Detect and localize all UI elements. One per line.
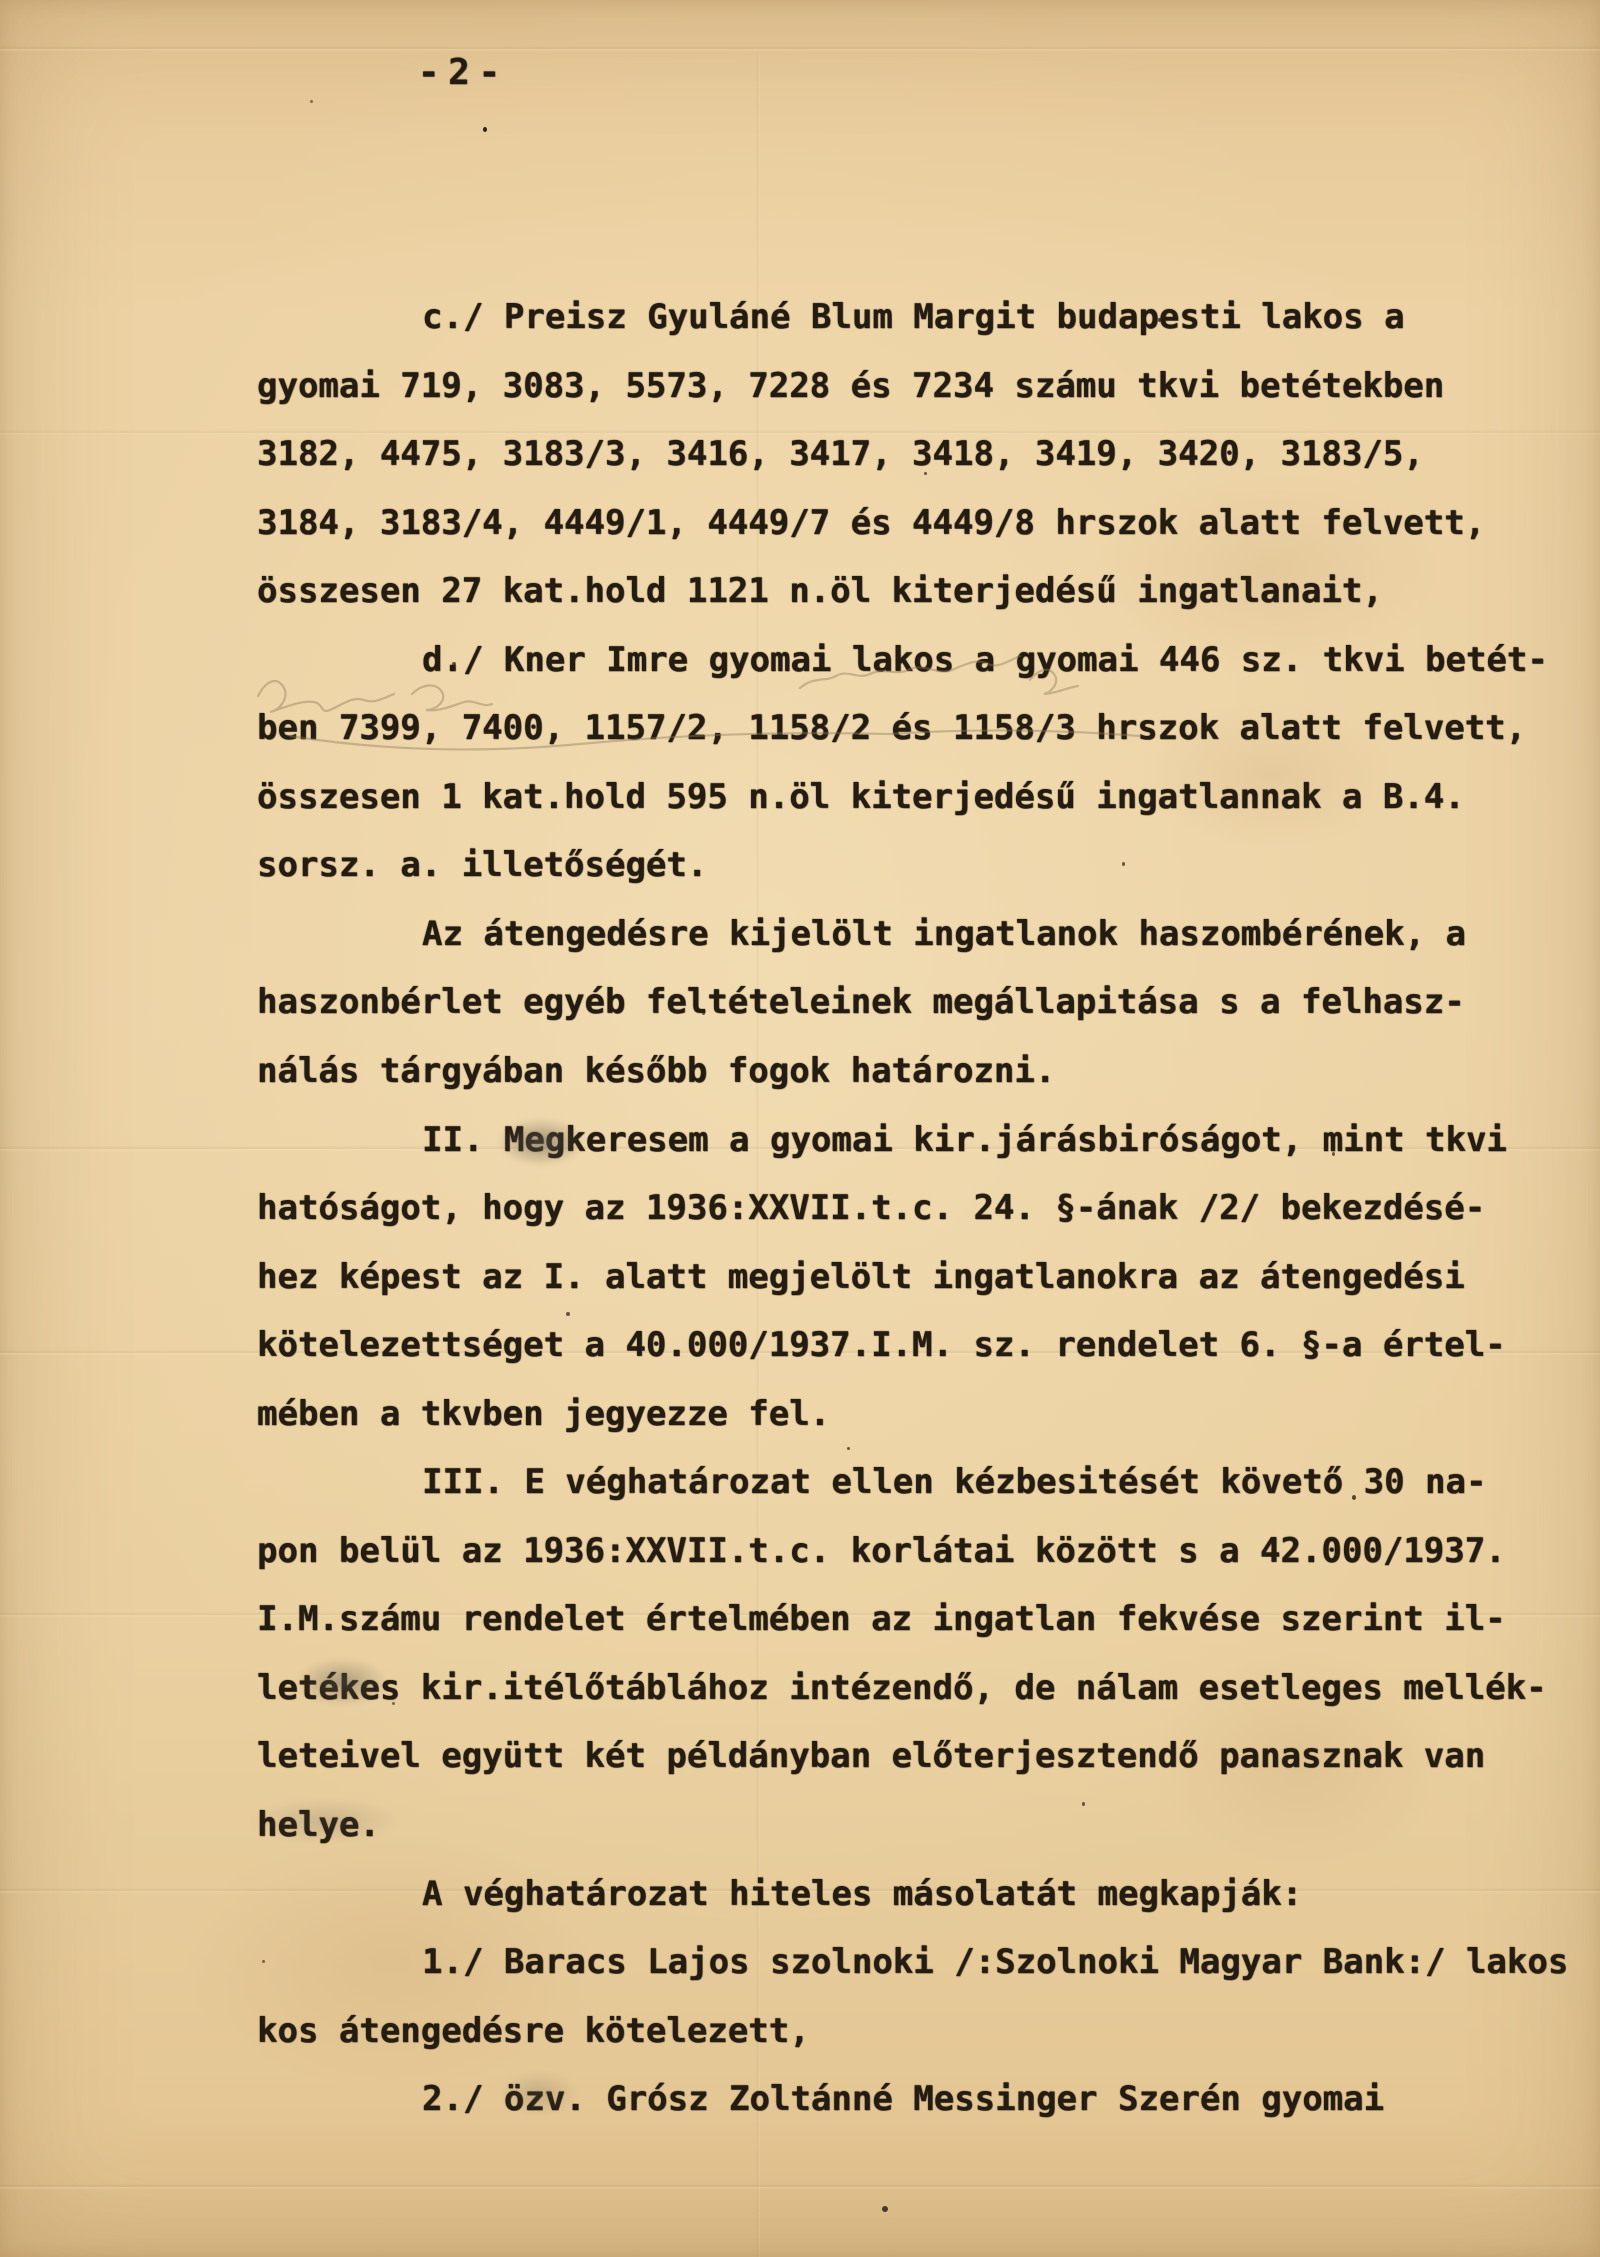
text-line: 1./ Baracs Lajos szolnoki /:Szolnoki Mag… bbox=[257, 1941, 1577, 2010]
text-line: ben 7399, 7400, 1157/2, 1158/2 és 1158/3… bbox=[257, 707, 1577, 776]
paper-crease bbox=[0, 2184, 1600, 2189]
text-line: 3182, 4475, 3183/3, 3416, 3417, 3418, 34… bbox=[257, 433, 1577, 502]
paper-crease bbox=[0, 46, 1600, 51]
ink-speck bbox=[483, 127, 487, 132]
text-line: kos átengedésre kötelezett, bbox=[257, 2010, 1577, 2079]
scanned-document-page: - 2 - c./ Preisz Gyuláné Blum Margit bud… bbox=[0, 0, 1600, 2257]
text-line: pon belül az 1936:XXVII.t.c. korlátai kö… bbox=[257, 1530, 1577, 1599]
text-line: 2./ özv. Grósz Zoltánné Messinger Szerén… bbox=[257, 2078, 1577, 2147]
text-line: nálás tárgyában később fogok határozni. bbox=[257, 1050, 1577, 1119]
text-line: mében a tkvben jegyezze fel. bbox=[257, 1393, 1577, 1462]
text-line: d./ Kner Imre gyomai lakos a gyomai 446 … bbox=[257, 639, 1577, 708]
document-body: c./ Preisz Gyuláné Blum Margit budapesti… bbox=[257, 296, 1577, 2147]
ink-speck bbox=[310, 100, 313, 103]
text-line: II. Megkeresem a gyomai kir.járásbiróság… bbox=[257, 1119, 1577, 1188]
text-line: hatóságot, hogy az 1936:XXVII.t.c. 24. §… bbox=[257, 1187, 1577, 1256]
text-line: III. E véghatározat ellen kézbesitését k… bbox=[257, 1461, 1577, 1530]
text-line: összesen 27 kat.hold 1121 n.öl kiterjedé… bbox=[257, 570, 1577, 639]
text-line: 3184, 3183/4, 4449/1, 4449/7 és 4449/8 h… bbox=[257, 502, 1577, 571]
text-line: gyomai 719, 3083, 5573, 7228 és 7234 szá… bbox=[257, 365, 1577, 434]
text-line: c./ Preisz Gyuláné Blum Margit budapesti… bbox=[257, 296, 1577, 365]
ink-speck bbox=[882, 2206, 888, 2212]
text-line: hez képest az I. alatt megjelölt ingatla… bbox=[257, 1256, 1577, 1325]
text-line: összesen 1 kat.hold 595 n.öl kiterjedésű… bbox=[257, 776, 1577, 845]
text-line: kötelezettséget a 40.000/1937.I.M. sz. r… bbox=[257, 1324, 1577, 1393]
text-line: sorsz. a. illetőségét. bbox=[257, 844, 1577, 913]
text-line: I.M.számu rendelet értelmében az ingatla… bbox=[257, 1598, 1577, 1667]
page-number: - 2 - bbox=[418, 52, 498, 93]
text-line: letékes kir.itélőtáblához intézendő, de … bbox=[257, 1667, 1577, 1736]
text-line: haszonbérlet egyéb feltételeinek megálla… bbox=[257, 981, 1577, 1050]
text-line: Az átengedésre kijelölt ingatlanok haszo… bbox=[257, 913, 1577, 982]
text-line: helye. bbox=[257, 1804, 1577, 1873]
text-line: A véghatározat hiteles másolatát megkapj… bbox=[257, 1873, 1577, 1942]
text-line: leteivel együtt két példányban előterjes… bbox=[257, 1735, 1577, 1804]
